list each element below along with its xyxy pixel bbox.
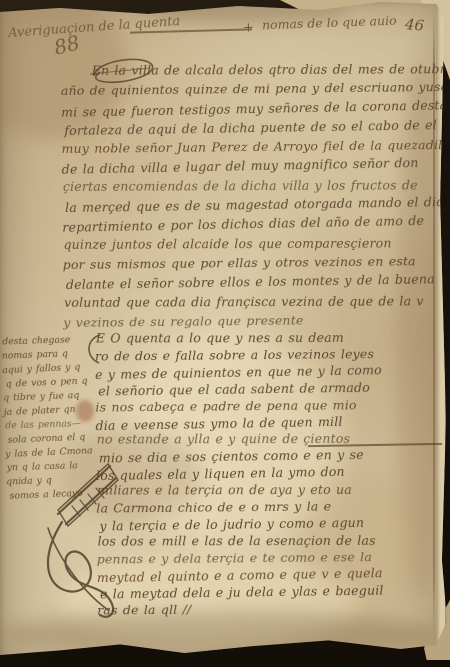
header-title-right: nomas de lo que auio: [262, 13, 397, 33]
text-line: En la villa de alcala delos qtro dias de…: [62, 59, 446, 80]
header-tie-mark: +: [243, 20, 254, 35]
text-line: E O quenta a lo que y nes a su deam: [96, 330, 448, 348]
text-line: miliares e la terçia on de aya y eto ua: [97, 482, 449, 500]
header-flourish-88: 88: [51, 30, 82, 59]
margin-text-line: desta chegase: [2, 333, 96, 350]
folio-number: 46: [404, 15, 425, 35]
main-text-block: En la villa de alcala delos qtro dias de…: [61, 58, 448, 332]
text-line: los dos e mill e las de la esenaçion de …: [98, 532, 450, 550]
rubric-flourish-icon: [28, 458, 143, 628]
manuscript-photo: Averiguaçion de la quenta 88 + nomas de …: [0, 0, 450, 667]
header-title-left: Averiguaçion de la quenta: [8, 14, 181, 41]
secondary-text-block: E O quenta a lo que y nes a su deamro de…: [95, 328, 449, 618]
text-line: quinze juntos del alcaide los que compar…: [63, 233, 447, 254]
manuscript-page: Averiguaçion de la quenta 88 + nomas de …: [0, 0, 450, 667]
